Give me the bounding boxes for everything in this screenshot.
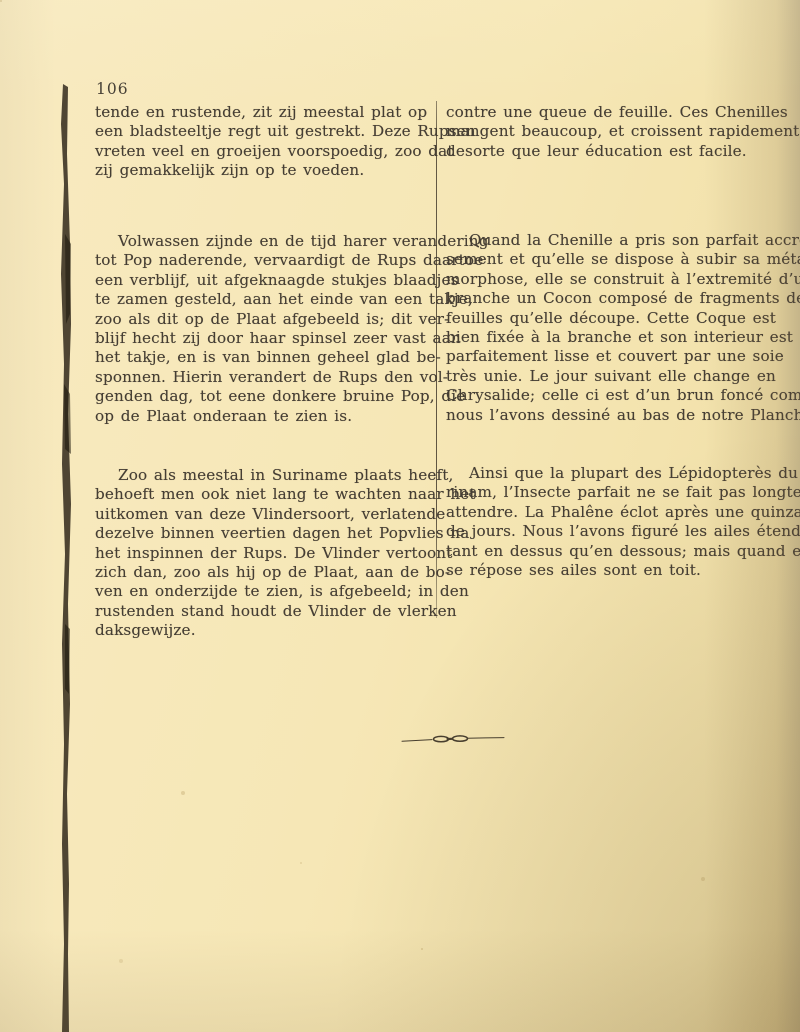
text-line: Zoo als meestal in Suriname plaats heeft… <box>95 466 426 485</box>
book-page-scan: 106 tende en rustende, zit zij meestal p… <box>0 0 800 1032</box>
text-line: sement et qu’elle se dispose à subir sa … <box>446 250 776 269</box>
text-line: se répose ses ailes sont en toit. <box>446 561 776 580</box>
text-line: morphose, elle se construit à l’extremit… <box>446 270 776 289</box>
text-line: een verblijf, uit afgeknaagde stukjes bl… <box>95 271 426 290</box>
text-line: contre une queue de feuille. Ces Chenill… <box>446 103 776 122</box>
dutch-paragraph-3: Zoo als meestal in Suriname plaats heeft… <box>95 466 426 641</box>
text-line: vreten veel en groeijen voorspoedig, zoo… <box>95 142 426 161</box>
text-line: een bladsteeltje regt uit gestrekt. Deze… <box>95 122 426 141</box>
page-number: 106 <box>96 80 129 98</box>
french-paragraph-2: Quand la Chenille a pris son parfait acc… <box>446 231 776 425</box>
text-line: tant en dessus qu’en dessous; mais quand… <box>446 542 776 561</box>
text-line: bien fixée à la branche et son interieur… <box>446 328 776 347</box>
text-line: rustenden stand houdt de Vlinder de vler… <box>95 602 426 621</box>
text-line: het takje, en is van binnen geheel glad … <box>95 348 426 367</box>
page-edge-shadow <box>57 84 75 1032</box>
text-line: de jours. Nous l’avons figuré les ailes … <box>446 522 776 541</box>
text-line: genden dag, tot eene donkere bruine Pop,… <box>95 387 426 406</box>
column-divider-rule <box>436 101 437 618</box>
text-line: nous l’avons dessiné au bas de notre Pla… <box>446 406 776 425</box>
text-line: très unie. Le jour suivant elle change e… <box>446 367 776 386</box>
text-line: Chrysalide; celle ci est d’un brun foncé… <box>446 386 776 405</box>
text-line: mangent beaucoup, et croissent rapidemen… <box>446 122 776 141</box>
text-line: rinam, l’Insecte parfait ne se fait pas … <box>446 483 776 502</box>
text-line: Quand la Chenille a pris son parfait acc… <box>446 231 776 250</box>
text-line: daksgewijze. <box>95 621 426 640</box>
text-line: tot Pop naderende, vervaardigt de Rups d… <box>95 251 426 270</box>
text-line: uitkomen van deze Vlindersoort, verlaten… <box>95 505 426 524</box>
text-line: dezelve binnen veertien dagen het Popvli… <box>95 524 426 543</box>
text-line: Volwassen zijnde en de tijd harer verand… <box>95 232 426 251</box>
text-line: te zamen gesteld, aan het einde van een … <box>95 290 426 309</box>
text-line: feuilles qu’elle découpe. Cette Coque es… <box>446 309 776 328</box>
french-paragraph-3: Ainsi que la plupart des Lépidopterès du… <box>446 464 776 580</box>
text-line: ven en onderzijde te zien, is afgebeeld;… <box>95 582 426 601</box>
text-line: attendre. La Phalêne éclot après une qui… <box>446 503 776 522</box>
dutch-paragraph-2: Volwassen zijnde en de tijd harer verand… <box>95 232 426 426</box>
text-line: zoo als dit op de Plaat afgebeeld is; di… <box>95 310 426 329</box>
text-line: desorte que leur éducation est facile. <box>446 142 776 161</box>
text-line: het inspinnen der Rups. De Vlinder verto… <box>95 544 426 563</box>
text-line: zij gemakkelijk zijn op te voeden. <box>95 161 426 180</box>
dutch-paragraph-1: tende en rustende, zit zij meestal plat … <box>95 103 426 181</box>
text-line: op de Plaat onderaan te zien is. <box>95 407 426 426</box>
braided-rule-divider-icon <box>401 731 505 745</box>
text-line: blijf hecht zij door haar spinsel zeer v… <box>95 329 426 348</box>
text-line: parfaitement lisse et couvert par une so… <box>446 347 776 366</box>
text-line: branche un Cocon composé de fragments de <box>446 289 776 308</box>
paper-foxing-specks <box>0 0 2 2</box>
french-paragraph-1: contre une queue de feuille. Ces Chenill… <box>446 103 776 161</box>
text-line: behoeft men ook niet lang te wachten naa… <box>95 485 426 504</box>
text-line: sponnen. Hierin verandert de Rups den vo… <box>95 368 426 387</box>
text-line: tende en rustende, zit zij meestal plat … <box>95 103 426 122</box>
text-line: Ainsi que la plupart des Lépidopterès du… <box>446 464 776 483</box>
text-line: zich dan, zoo als hij op de Plaat, aan d… <box>95 563 426 582</box>
